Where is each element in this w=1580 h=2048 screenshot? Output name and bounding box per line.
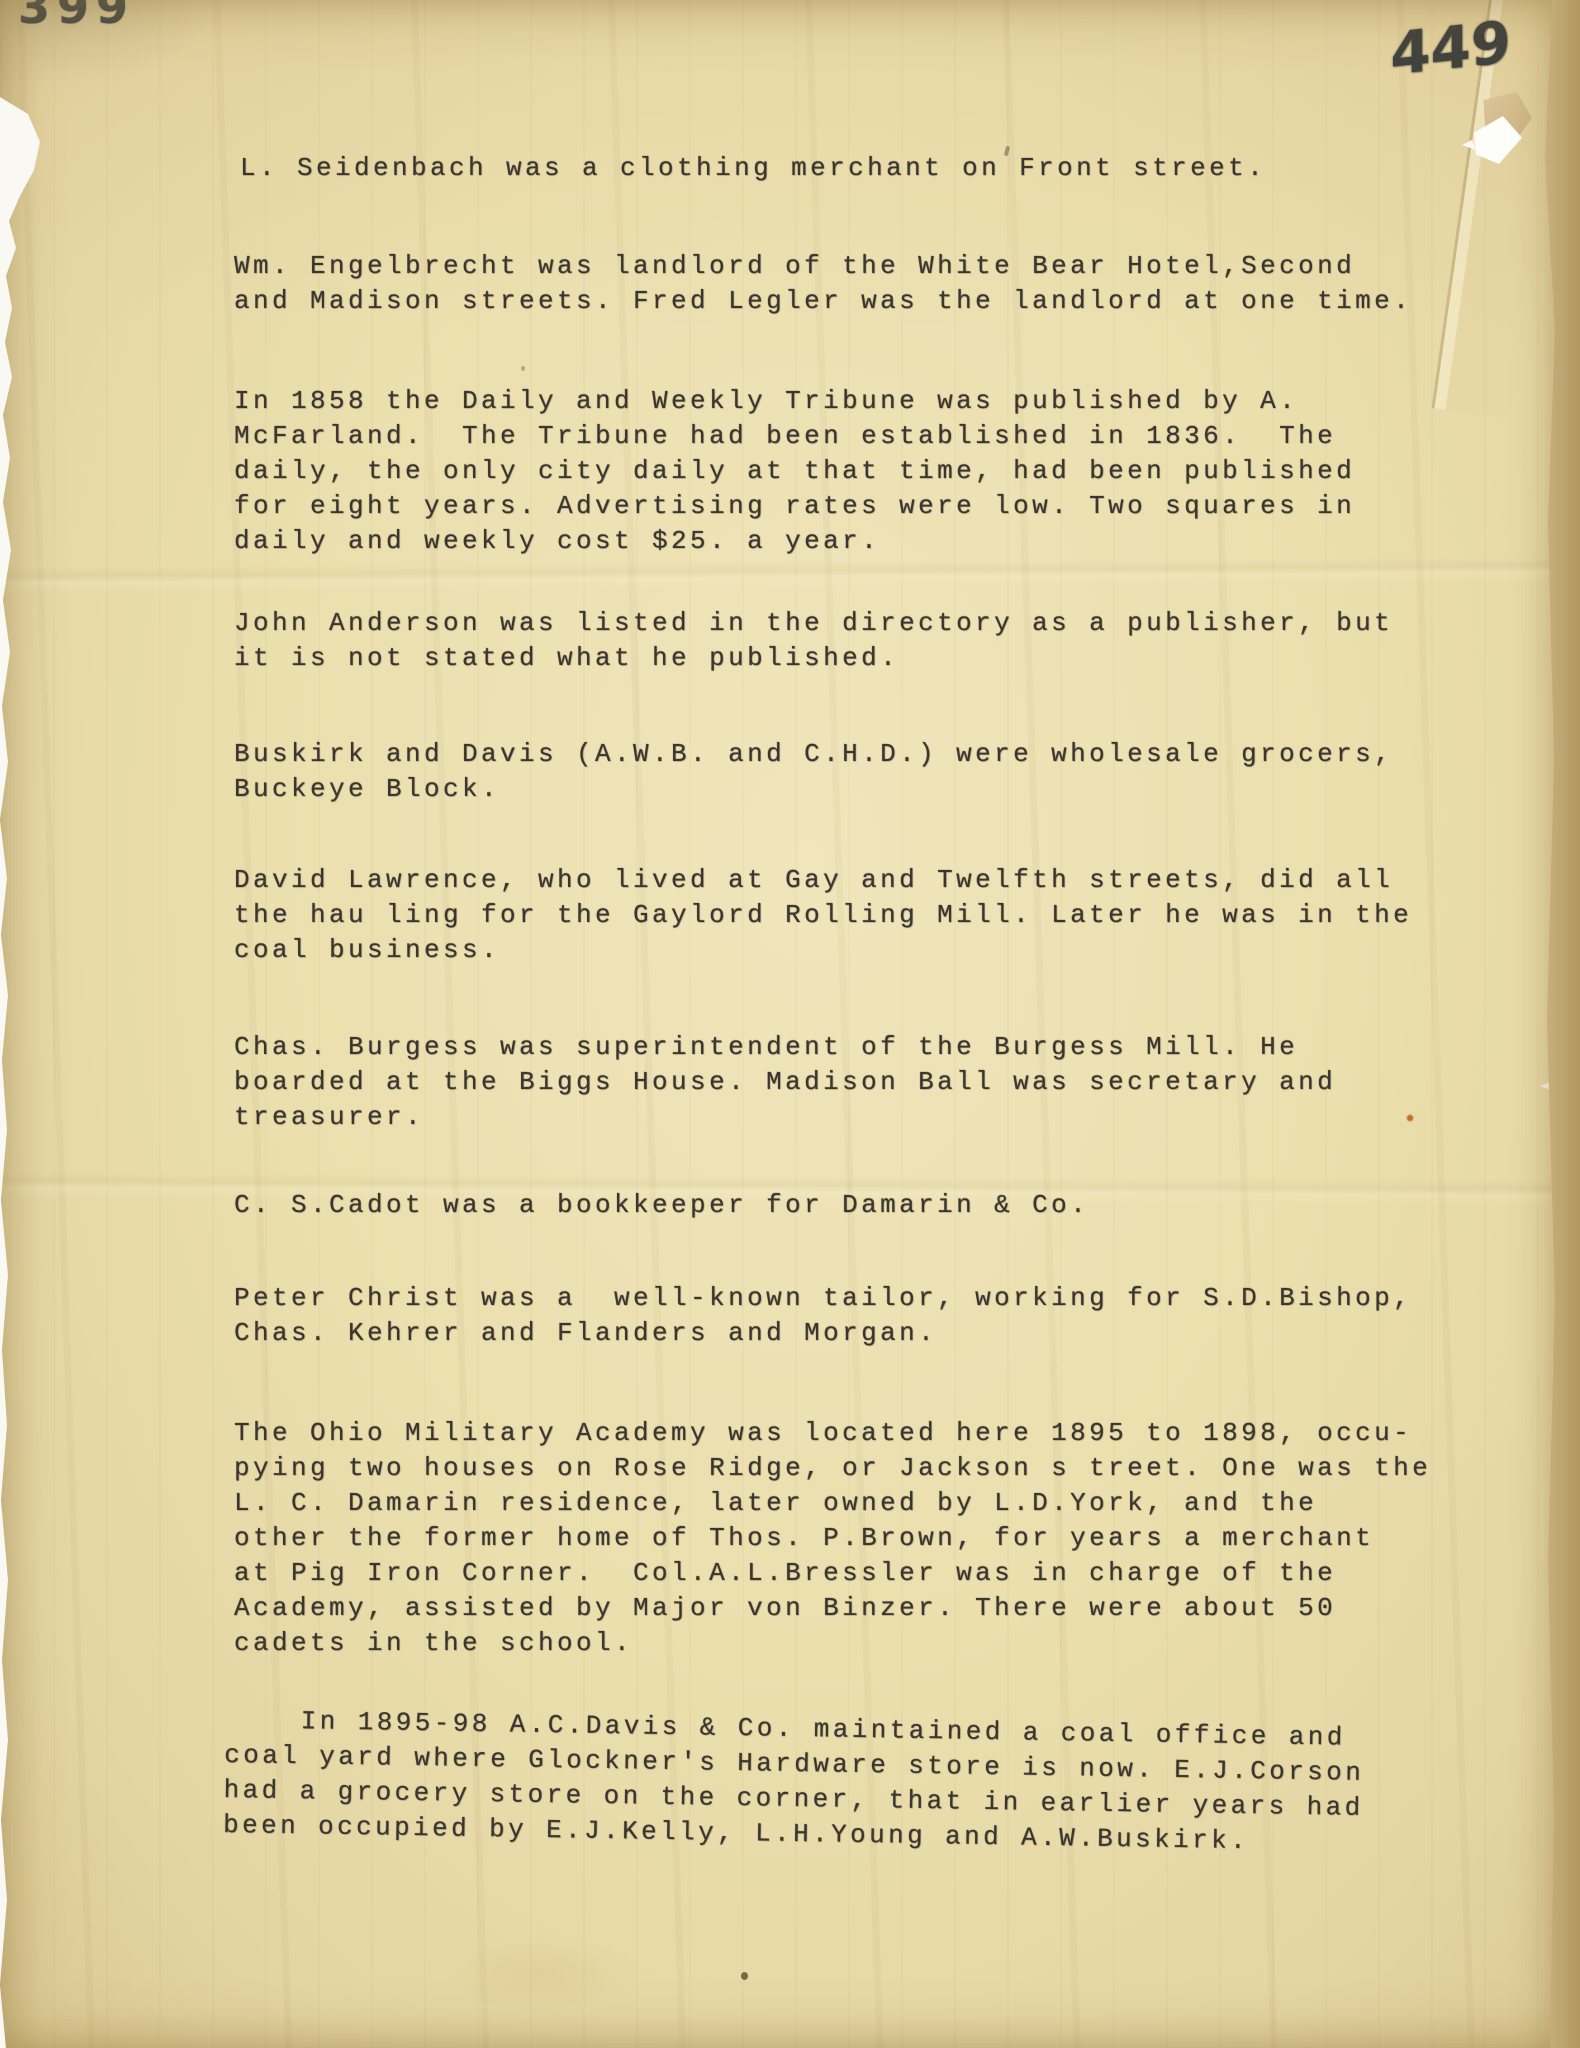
paper-wrinkle [0, 557, 1556, 594]
typewritten-paragraph-seidenbach: L. Seidenbach was a clothing merchant on… [240, 151, 1480, 186]
typewritten-paragraph-buskirk-davis: Buskirk and Davis (A.W.B. and C.H.D.) we… [234, 737, 1474, 807]
handwritten-page-number-top-left: 399 [18, 0, 135, 34]
typewritten-paragraph-tribune: In 1858 the Daily and Weekly Tribune was… [234, 384, 1474, 559]
paper-stain [440, 1935, 640, 2015]
ink-speck [741, 1972, 748, 1980]
typewritten-paragraph-lawrence: David Lawrence, who lived at Gay and Twe… [234, 863, 1474, 968]
typewritten-paragraph-cadot: C. S.Cadot was a bookkeeper for Damarin … [234, 1188, 1474, 1223]
paper-speck [521, 366, 525, 371]
handwritten-page-number-top-right: 449 [1390, 7, 1510, 88]
typewritten-paragraph-engelbrecht: Wm. Engelbrecht was landlord of the Whit… [234, 249, 1474, 319]
typewritten-paragraph-christ: Peter Christ was a well-known tailor, wo… [234, 1281, 1474, 1351]
typewritten-paragraph-anderson: John Anderson was listed in the director… [234, 606, 1474, 676]
document-page: 399 449 L. Seidenbach was a clothing mer… [0, 0, 1556, 2048]
typewritten-paragraph-military-academy: The Ohio Military Academy was located he… [234, 1416, 1474, 1661]
typewritten-paragraph-davis-coal: In 1895-98 A.C.Davis & Co. maintained a … [223, 1703, 1465, 1862]
scan-background: 399 449 L. Seidenbach was a clothing mer… [0, 0, 1580, 2048]
typewritten-paragraph-burgess: Chas. Burgess was superintendent of the … [234, 1030, 1474, 1135]
